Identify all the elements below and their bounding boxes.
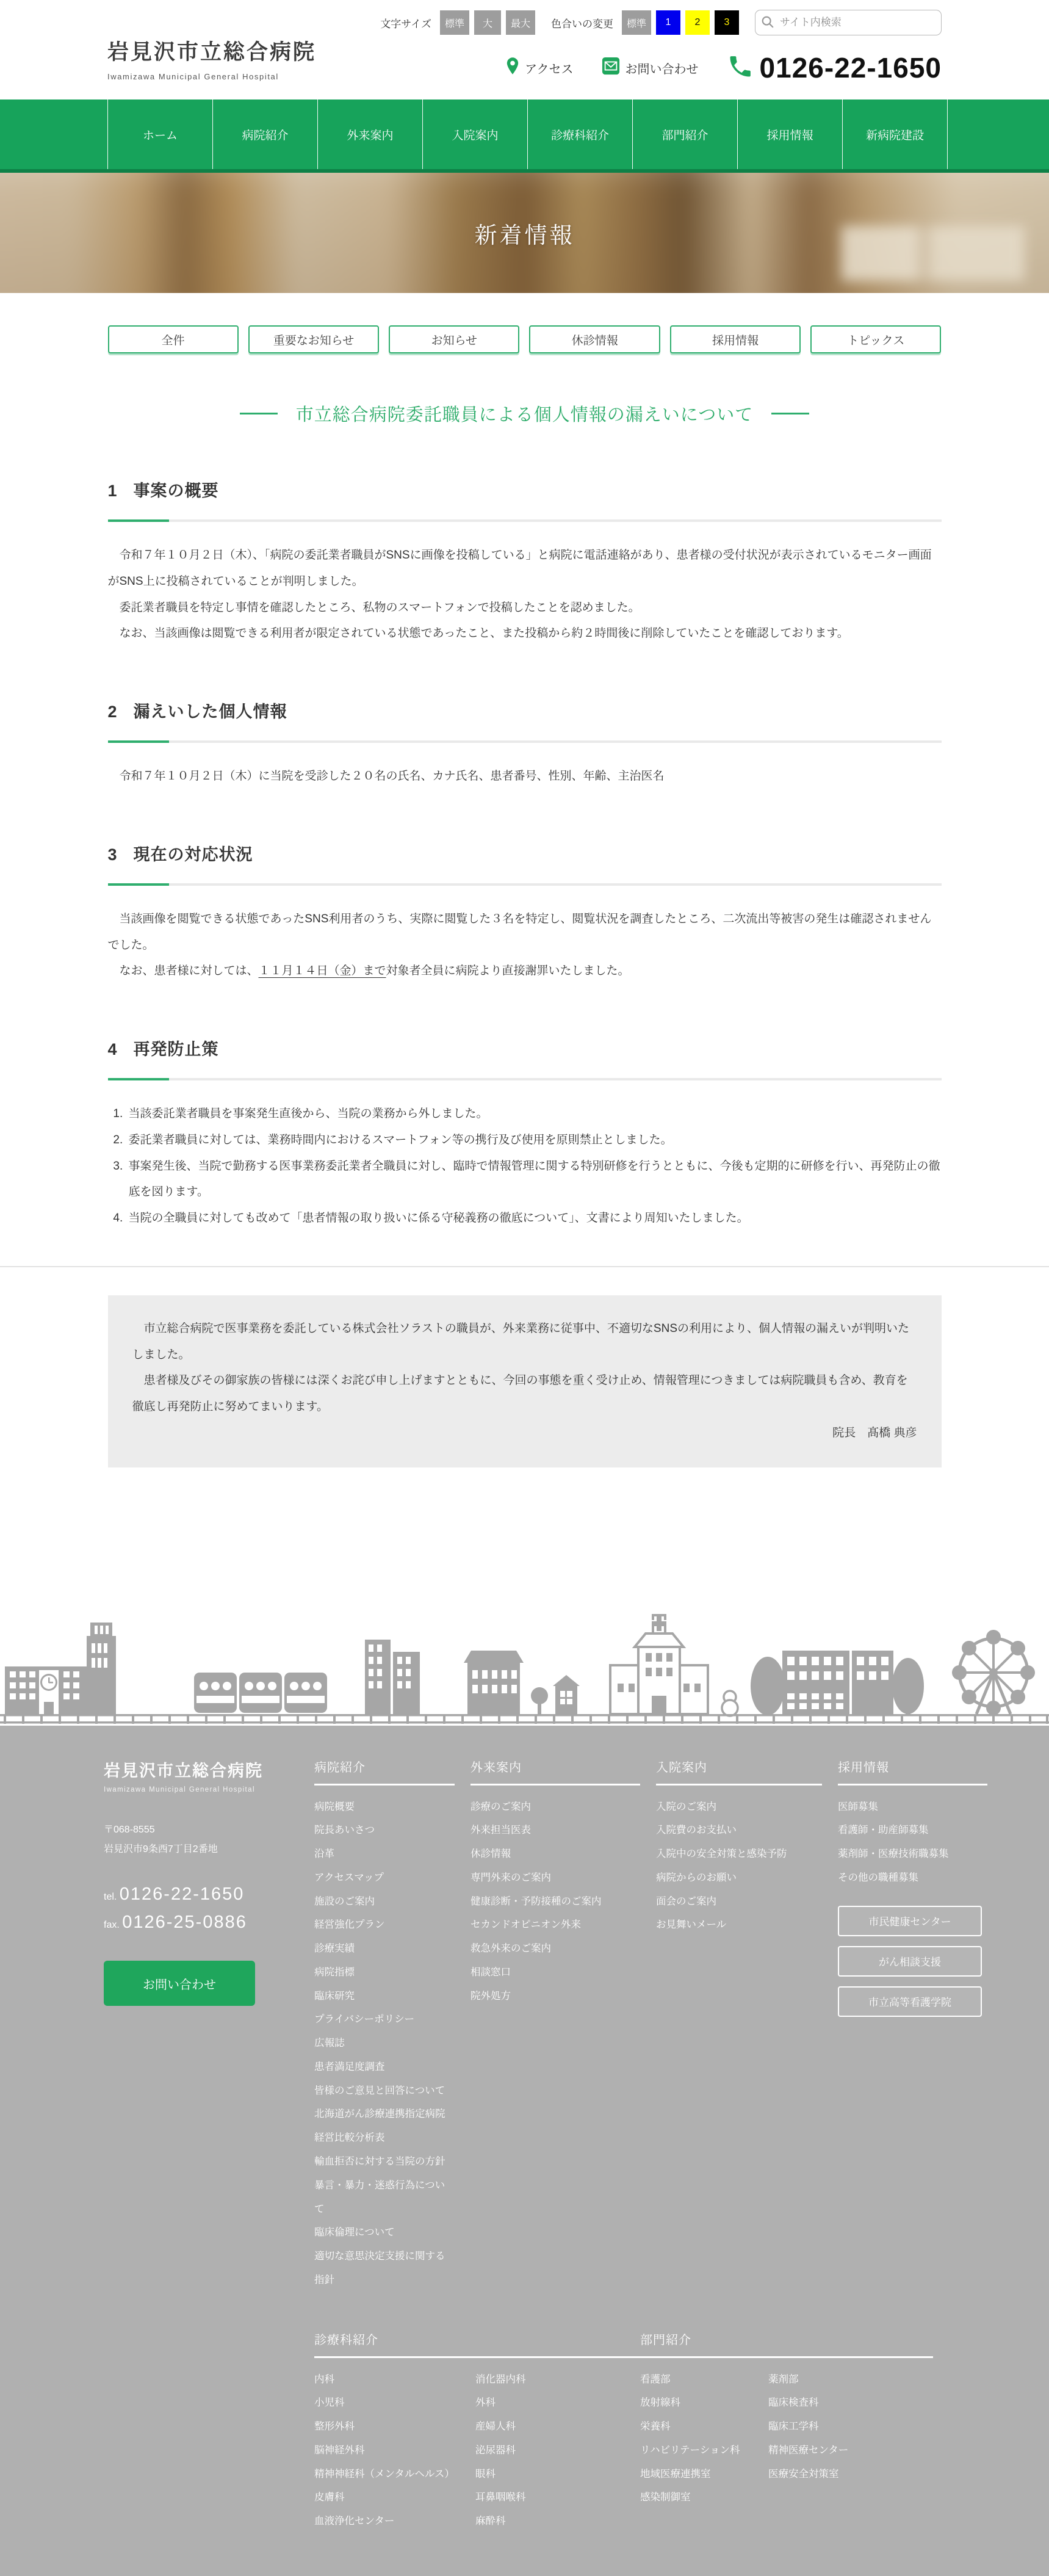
footer-link[interactable]: 病院からのお願い [656, 1866, 822, 1890]
footer-link[interactable]: 沿革 [314, 1842, 455, 1866]
section-prevention: 4再発防止策 当該委託業者職員を事案発生直後から、当院の業務から外しました。 委… [108, 1036, 942, 1232]
access-label: アクセス [525, 59, 573, 77]
footer-link[interactable]: 病院指標 [314, 1961, 455, 1984]
footer-col-title: 入院案内 [656, 1757, 822, 1775]
footer-link[interactable]: 患者満足度調査 [314, 2055, 455, 2079]
section-underline [108, 883, 942, 886]
color-theme2-button[interactable]: 2 [685, 10, 710, 35]
footer-link[interactable]: 病院概要 [314, 1795, 455, 1819]
footer-link[interactable]: 耳鼻咽喉科 [475, 2486, 526, 2509]
footer-col-underline [314, 1784, 455, 1785]
title-dash-right [771, 413, 809, 414]
footer-link[interactable]: 面会のご案内 [656, 1890, 822, 1914]
paragraph: 委託業者職員を特定し事情を確認したところ、私物のスマートフォンで投稿したことを認… [108, 595, 942, 621]
nav-item-home[interactable]: ホーム [107, 99, 212, 169]
nav-item-recruit[interactable]: 採用情報 [737, 99, 842, 169]
footer-link[interactable]: 薬剤部 [768, 2368, 848, 2392]
footer-link[interactable]: リハビリテーション科 [640, 2439, 768, 2462]
footer-link[interactable]: 院外処方 [470, 1984, 640, 2008]
section-title: 事案の概要 [134, 482, 219, 500]
apology-box: 市立総合病院で医事業務を委託している株式会社ソラストの職員が、外来業務に従事中、… [108, 1295, 942, 1467]
nav-item-new-hospital[interactable]: 新病院建設 [842, 99, 948, 169]
footer-col-recruit: 採用情報 医師募集 看護師・助産師募集 薬剤師・医療技術職募集 その他の職種募集… [838, 1757, 987, 2292]
footer-link[interactable]: 薬剤師・医療技術職募集 [838, 1842, 987, 1866]
footer-link[interactable]: 入院費のお支払い [656, 1818, 822, 1842]
footer-link[interactable]: 精神神経科（メンタルヘルス） [314, 2462, 475, 2486]
footer-link[interactable]: 輸血拒否に対する当院の方針 [314, 2150, 455, 2174]
footer-link[interactable]: 診療のご案内 [470, 1795, 640, 1819]
footer-contact-button[interactable]: お問い合わせ [104, 1961, 255, 2006]
font-size-large-button[interactable]: 大 [474, 10, 501, 35]
footer-tel-number: 0126-22-1650 [120, 1884, 245, 1904]
filter-important-button[interactable]: 重要なお知らせ [248, 325, 379, 353]
site-title-en: Iwamizawa Municipal General Hospital [107, 72, 316, 81]
section-heading: 4再発防止策 [108, 1036, 942, 1060]
section-number: 2 [108, 703, 118, 721]
list-item: 事案発生後、当院で勤務する医事業務委託業者全職員に対し、臨時で情報管理に関する特… [126, 1154, 942, 1206]
footer-link[interactable]: 栄養科 [640, 2415, 768, 2439]
font-size-standard-button[interactable]: 標準 [440, 10, 469, 35]
list-item: 当院の全職員に対しても改めて「患者情報の取り扱いに係る守秘義務の徹底について」、… [126, 1206, 942, 1232]
footer-link[interactable]: 外来担当医表 [470, 1818, 640, 1842]
list-item: 当該委託業者職員を事案発生直後から、当院の業務から外しました。 [126, 1101, 942, 1127]
footer-link[interactable]: 施設のご案内 [314, 1890, 455, 1914]
phone-icon [727, 53, 754, 83]
section-divider [0, 1266, 1049, 1267]
phone-block: 0126-22-1650 [727, 51, 942, 84]
page-title: 新着情報 [0, 173, 1049, 293]
footer-link[interactable]: 臨床工学科 [768, 2415, 848, 2439]
footer-col-title: 外来案内 [470, 1757, 640, 1775]
footer-link[interactable]: 外科 [475, 2391, 526, 2415]
filter-closure-button[interactable]: 休診情報 [529, 325, 660, 353]
section-title: 漏えいした個人情報 [134, 703, 287, 721]
footer-link[interactable]: 経営強化プラン [314, 1913, 455, 1937]
section-number: 3 [108, 845, 118, 864]
section-heading: 3現在の対応状況 [108, 841, 942, 865]
mail-icon [602, 57, 620, 79]
prevention-list: 当該委託業者職員を事案発生直後から、当院の業務から外しました。 委託業者職員に対… [108, 1101, 942, 1232]
footer-link[interactable]: 北海道がん診療連携指定病院 [314, 2102, 455, 2126]
footer-link[interactable]: 小児科 [314, 2391, 475, 2415]
footer-link[interactable]: 健康診断・予防接種のご案内 [470, 1890, 640, 1914]
nav-item-departments[interactable]: 診療科紹介 [527, 99, 632, 169]
footer-link[interactable]: 放射線科 [640, 2391, 768, 2415]
site-footer: 岩見沢市立総合病院 Iwamizawa Municipal General Ho… [0, 1726, 1049, 2576]
underlined-date: １１月１４日（金）まで [259, 964, 386, 977]
footer-tel-label: tel. [104, 1892, 117, 1902]
footer-col-inpatient: 入院案内 入院のご案内 入院費のお支払い 入院中の安全対策と感染予防 病院からの… [656, 1757, 822, 2292]
main-nav: ホーム 病院紹介 外来案内 入院案内 診療科紹介 部門紹介 採用情報 新病院建設 [0, 99, 1049, 173]
footer-link[interactable]: 血液浄化センター [314, 2509, 475, 2533]
footer-link[interactable]: 休診情報 [470, 1842, 640, 1866]
paragraph: 当該画像を閲覧できる状態であったSNS利用者のうち、実際に閲覧した３名を特定し、… [108, 906, 942, 959]
paragraph-text: なお、患者様に対しては、 [108, 964, 259, 977]
footer-col-title: 診療科紹介 [314, 2330, 640, 2348]
footer-link[interactable]: 医師募集 [838, 1795, 987, 1819]
color-theme3-button[interactable]: 3 [715, 10, 739, 35]
footer-fax-label: fax. [104, 1920, 120, 1930]
footer-health-center-button[interactable]: 市民健康センター [838, 1906, 982, 1936]
footer-col-divisions: 部門紹介 看護部 放射線科 栄養科 リハビリテーション科 地域医療連携室 感染制… [640, 2330, 933, 2533]
footer-link[interactable]: 臨床研究 [314, 1984, 455, 2008]
phone-number[interactable]: 0126-22-1650 [760, 51, 942, 84]
site-logo[interactable]: 岩見沢市立総合病院 Iwamizawa Municipal General Ho… [107, 35, 316, 81]
hero-banner: 新着情報 [0, 173, 1049, 293]
section-underline [108, 519, 942, 522]
footer-hospital-info: 岩見沢市立総合病院 Iwamizawa Municipal General Ho… [104, 1757, 314, 2292]
footer-link[interactable]: 皮膚科 [314, 2486, 475, 2509]
footer-nursing-school-button[interactable]: 市立高等看護学院 [838, 1986, 982, 2017]
filter-topics-button[interactable]: トピックス [810, 325, 941, 353]
footer-link[interactable]: 脳神経外科 [314, 2439, 475, 2462]
section-overview: 1事案の概要 令和７年１０月２日（木）、「病院の委託業者職員がSNSに画像を投稿… [108, 477, 942, 647]
paragraph: 令和７年１０月２日（木）、「病院の委託業者職員がSNSに画像を投稿している」と病… [108, 543, 942, 595]
paragraph: なお、当該画像は閲覧できる利用者が限定されている状態であったこと、また投稿から約… [108, 621, 942, 647]
footer-link[interactable]: 感染制御室 [640, 2486, 768, 2509]
filter-notice-button[interactable]: お知らせ [389, 325, 519, 353]
header-utility-row: 文字サイズ 標準 大 最大 色合いの変更 標準 1 2 3 [377, 10, 942, 35]
footer-link[interactable]: 整形外科 [314, 2415, 475, 2439]
paragraph: 患者様及びその御家族の皆様には深くお詫び申し上げますとともに、今回の事態を重く受… [132, 1368, 917, 1420]
section-heading: 1事案の概要 [108, 477, 942, 501]
footer-link[interactable]: 皆様のご意見と回答について [314, 2079, 455, 2103]
footer-hospital-name: 岩見沢市立総合病院 [104, 1757, 314, 1781]
footer-postal-code: 〒068-8555 [104, 1820, 314, 1840]
section-title: 現在の対応状況 [134, 845, 253, 864]
footer-link[interactable]: 臨床検査科 [768, 2391, 848, 2415]
footer-link[interactable]: 専門外来のご案内 [470, 1866, 640, 1890]
nav-item-inpatient[interactable]: 入院案内 [422, 99, 527, 169]
cityscape-illustration [0, 1594, 1049, 1726]
section-title: 再発防止策 [134, 1040, 219, 1058]
footer-col-departments: 診療科紹介 内科 小児科 整形外科 脳神経外科 精神神経科（メンタルヘルス） 皮… [314, 2330, 640, 2533]
footer-col-title: 病院紹介 [314, 1757, 455, 1775]
footer-col-title: 採用情報 [838, 1757, 987, 1775]
director-signature: 院長 髙橋 典彦 [132, 1420, 917, 1447]
footer-link[interactable]: 暴言・暴力・迷惑行為について [314, 2174, 455, 2221]
footer-link[interactable]: 看護部 [640, 2368, 768, 2392]
footer-link[interactable]: 入院中の安全対策と感染予防 [656, 1842, 822, 1866]
footer-col-underline [838, 1784, 987, 1785]
footer-link[interactable]: 麻酔科 [475, 2509, 526, 2533]
site-title: 岩見沢市立総合病院 [107, 35, 316, 66]
footer-col-title: 部門紹介 [640, 2330, 933, 2348]
footer-link[interactable]: 救急外来のご案内 [470, 1937, 640, 1961]
color-change-label: 色合いの変更 [551, 15, 613, 31]
footer-link[interactable]: 適切な意思決定支援に関する指針 [314, 2245, 455, 2292]
main-content: 全件 重要なお知らせ お知らせ 休診情報 採用情報 トピックス 市立総合病院委託… [108, 325, 942, 1232]
footer-link[interactable]: 臨床倫理について [314, 2221, 455, 2245]
footer-col-underline [470, 1784, 640, 1785]
section-underline [108, 740, 942, 743]
nav-item-divisions[interactable]: 部門紹介 [632, 99, 737, 169]
footer-link[interactable]: お見舞いメール [656, 1913, 822, 1937]
contact-link[interactable]: お問い合わせ [602, 57, 699, 79]
page: 岩見沢市立総合病院 Iwamizawa Municipal General Ho… [0, 0, 1049, 2576]
footer-link[interactable]: 消化器内科 [475, 2368, 526, 2392]
site-header: 岩見沢市立総合病院 Iwamizawa Municipal General Ho… [0, 0, 1049, 99]
section-leaked-info: 2漏えいした個人情報 令和７年１０月２日（木）に当院を受診した２０名の氏名、カナ… [108, 698, 942, 790]
article-title-block: 市立総合病院委託職員による個人情報の漏えいについて [108, 401, 942, 426]
footer-link[interactable]: 相談窓口 [470, 1961, 640, 1984]
paragraph: 市立総合病院で医事業務を委託している株式会社ソラストの職員が、外来業務に従事中、… [132, 1316, 917, 1369]
title-dash-left [240, 413, 278, 414]
font-size-label: 文字サイズ [380, 15, 431, 31]
access-link[interactable]: アクセス [506, 57, 573, 79]
section-number: 4 [108, 1040, 118, 1058]
nav-item-outpatient[interactable]: 外来案内 [317, 99, 422, 169]
footer-link[interactable]: アクセスマップ [314, 1866, 455, 1890]
footer-col-hospital-intro: 病院紹介 病院概要 院長あいさつ 沿革 アクセスマップ 施設のご案内 経営強化プ… [314, 1757, 455, 2292]
footer-link[interactable]: 診療実績 [314, 1937, 455, 1961]
section-underline [108, 1078, 942, 1080]
article-title: 市立総合病院委託職員による個人情報の漏えいについて [296, 401, 753, 426]
footer-col-outpatient: 外来案内 診療のご案内 外来担当医表 休診情報 専門外来のご案内 健康診断・予防… [470, 1757, 640, 2292]
footer-fax-number: 0126-25-0886 [122, 1912, 247, 1932]
paragraph: 令和７年１０月２日（木）に当院を受診した２０名の氏名、カナ氏名、患者番号、性別、… [108, 764, 942, 790]
footer-link[interactable]: 精神医療センター [768, 2439, 848, 2462]
news-filter-buttons: 全件 重要なお知らせ お知らせ 休診情報 採用情報 トピックス [108, 325, 942, 353]
section-heading: 2漏えいした個人情報 [108, 698, 942, 722]
search-input[interactable] [755, 10, 942, 35]
footer-link[interactable]: セカンドオピニオン外来 [470, 1913, 640, 1937]
nav-item-hospital-intro[interactable]: 病院紹介 [212, 99, 317, 169]
footer-address: 岩見沢市9条西7丁目2番地 [104, 1840, 314, 1859]
footer-link[interactable]: その他の職種募集 [838, 1866, 987, 1890]
footer-link[interactable]: 産婦人科 [475, 2415, 526, 2439]
filter-all-button[interactable]: 全件 [108, 325, 239, 353]
header-contact-row: アクセス お問い合わせ 0126-22-1650 [506, 51, 942, 84]
list-item: 委託業者職員に対しては、業務時間内におけるスマートフォン等の携行及び使用を原則禁… [126, 1127, 942, 1154]
site-search [755, 10, 942, 35]
footer-col-underline [314, 2356, 640, 2358]
paragraph: なお、患者様に対しては、１１月１４日（金）まで対象者全員に病院より直接謝罪いたし… [108, 958, 942, 985]
footer-link[interactable]: 眼科 [475, 2462, 526, 2486]
paragraph-text: 対象者全員に病院より直接謝罪いたしました。 [386, 964, 630, 977]
search-icon [761, 15, 774, 32]
footer-link[interactable]: 泌尿器科 [475, 2439, 526, 2462]
footer-cancer-support-button[interactable]: がん相談支援 [838, 1946, 982, 1977]
contact-label: お問い合わせ [625, 59, 699, 77]
footer-link[interactable]: 経営比較分析表 [314, 2126, 455, 2150]
map-pin-icon [506, 57, 519, 79]
footer-link[interactable]: 院長あいさつ [314, 1818, 455, 1842]
footer-col-underline [640, 2356, 933, 2358]
section-number: 1 [108, 482, 118, 500]
footer-link[interactable]: 医療安全対策室 [768, 2462, 848, 2486]
footer-link[interactable]: 入院のご案内 [656, 1795, 822, 1819]
footer-link[interactable]: 看護師・助産師募集 [838, 1818, 987, 1842]
footer-link[interactable]: プライバシーポリシー [314, 2008, 455, 2031]
font-size-max-button[interactable]: 最大 [506, 10, 535, 35]
footer-link[interactable]: 内科 [314, 2368, 475, 2392]
section-current-response: 3現在の対応状況 当該画像を閲覧できる状態であったSNS利用者のうち、実際に閲覧… [108, 841, 942, 985]
footer-link[interactable]: 広報誌 [314, 2031, 455, 2055]
filter-recruit-button[interactable]: 採用情報 [670, 325, 801, 353]
footer-link[interactable]: 地域医療連携室 [640, 2462, 768, 2486]
footer-col-underline [656, 1784, 822, 1785]
footer-hospital-name-en: Iwamizawa Municipal General Hospital [104, 1786, 314, 1793]
color-standard-button[interactable]: 標準 [622, 10, 651, 35]
color-theme1-button[interactable]: 1 [656, 10, 680, 35]
